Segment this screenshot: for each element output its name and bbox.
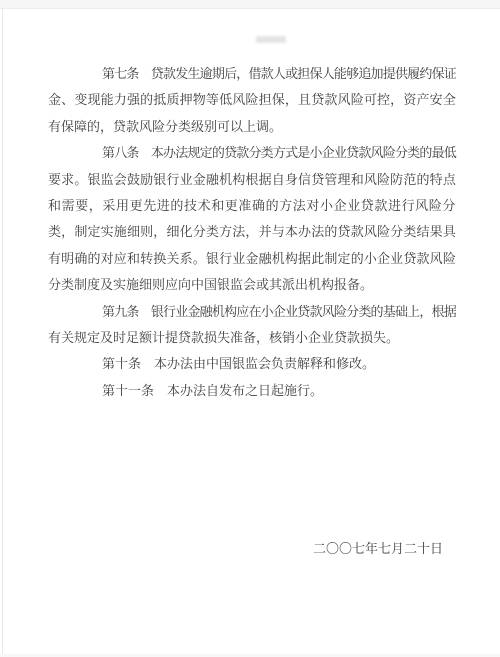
document-line: 有明确的对应和转换关系。银行业金融机构据此制定的小企业贷款风险 [48,246,456,272]
document-line: 有关规定及时足额计提贷款损失准备，核销小企业贷款损失。 [48,325,456,351]
document-line-text: 有明确的对应和转换关系。银行业金融机构据此制定的小企业贷款风险 [48,251,456,266]
document-line-text: 类，制定实施细则，细化分类方法，并与本办法的贷款风险分类结果具 [48,224,456,239]
document-body: 第七条 贷款发生逾期后，借款人或担保人能够追加提供履约保证金、变现能力强的抵质押… [48,61,456,562]
document-date: 二〇〇七年七月二十日 [48,536,456,562]
document-line: 分类制度及实施细则应向中国银监会或其派出机构报备。 [48,272,456,298]
document-line: 要求。银监会鼓励银行业金融机构根据自身信贷管理和风险防范的特点 [48,167,456,193]
document-line: 第十一条 本办法自发布之日起施行。 [48,378,456,404]
document-line: 金、变现能力强的抵质押物等低风险担保，且贷款风险可控，资产安全 [48,87,456,113]
document-line-text: 第九条 银行业金融机构应在小企业贷款风险分类的基础上，根据 [102,304,456,319]
page-top-edge [0,0,500,9]
page-left-edge [2,8,3,657]
document-line-text: 金、变现能力强的抵质押物等低风险担保，且贷款风险可控，资产安全 [48,92,456,107]
document-line: 第八条 本办法规定的贷款分类方式是小企业贷款风险分类的最低 [48,140,456,166]
faint-header-mark [256,36,286,43]
document-line: 第十条 本办法由中国银监会负责解释和修改。 [48,351,456,377]
document-line-text: 和需要，采用更先进的技术和更准确的方法对小企业贷款进行风险分 [48,198,456,213]
document-line: 第九条 银行业金融机构应在小企业贷款风险分类的基础上，根据 [48,299,456,325]
document-line-text: 第八条 本办法规定的贷款分类方式是小企业贷款风险分类的最低 [102,145,456,160]
document-line-text: 要求。银监会鼓励银行业金融机构根据自身信贷管理和风险防范的特点 [48,172,456,187]
document-line: 类，制定实施细则，细化分类方法，并与本办法的贷款风险分类结果具 [48,219,456,245]
document-line-text: 分类制度及实施细则应向中国银监会或其派出机构报备。 [48,277,373,292]
document-line: 有保障的，贷款风险分类级别可以上调。 [48,114,456,140]
document-line: 和需要，采用更先进的技术和更准确的方法对小企业贷款进行风险分 [48,193,456,219]
document-line-text: 有关规定及时足额计提贷款损失准备，核销小企业贷款损失。 [48,330,399,345]
document-line-text: 有保障的，贷款风险分类级别可以上调。 [48,119,282,134]
document-line-text: 第七条 贷款发生逾期后，借款人或担保人能够追加提供履约保证 [102,66,456,81]
document-page: 第七条 贷款发生逾期后，借款人或担保人能够追加提供履约保证金、变现能力强的抵质押… [0,0,500,657]
document-line-text: 第十条 本办法由中国银监会负责解释和修改。 [102,356,375,371]
document-line: 第七条 贷款发生逾期后，借款人或担保人能够追加提供履约保证 [48,61,456,87]
document-line-text: 第十一条 本办法自发布之日起施行。 [102,383,323,398]
